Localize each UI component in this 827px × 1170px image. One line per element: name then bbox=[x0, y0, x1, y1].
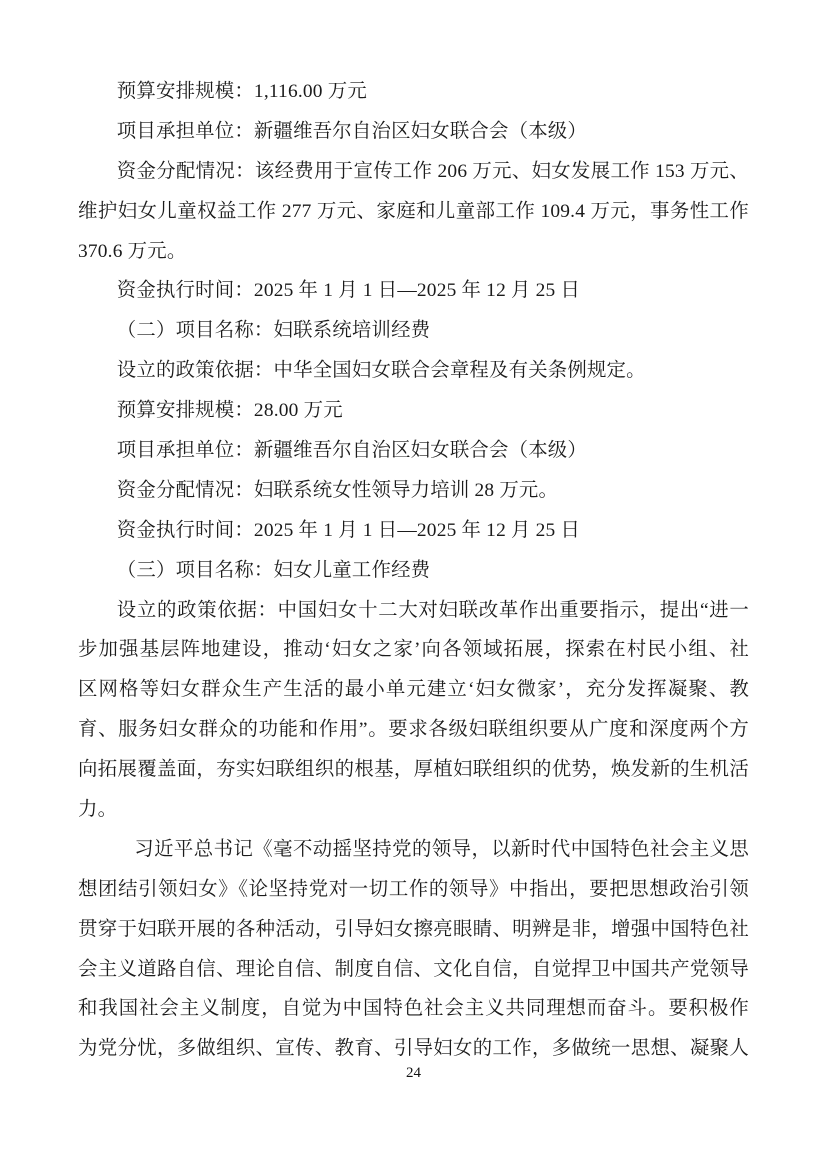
text-line: 贯穿于妇联开展的各种活动，引导妇女擦亮眼睛、明辨是非，增强中国特色社 bbox=[78, 910, 749, 950]
text-line: 习近平总书记《毫不动摇坚持党的领导，以新时代中国特色社会主义思 bbox=[78, 830, 749, 870]
text-line: 会主义道路自信、理论自信、制度自信、文化自信，自觉捍卫中国共产党领导 bbox=[78, 950, 749, 990]
text-line: 资金执行时间：2025 年 1 月 1 日—2025 年 12 月 25 日 bbox=[78, 271, 749, 311]
text-line: 力。 bbox=[78, 790, 749, 830]
text-line: 想团结引领妇女》《论坚持党对一切工作的领导》中指出，要把思想政治引领 bbox=[78, 870, 749, 910]
text-line: 项目承担单位：新疆维吾尔自治区妇女联合会（本级） bbox=[78, 112, 749, 152]
text-line: （二）项目名称：妇联系统培训经费 bbox=[78, 311, 749, 351]
text-line: 向拓展覆盖面，夯实妇联组织的根基，厚植妇联组织的优势，焕发新的生机活 bbox=[78, 750, 749, 790]
text-line: 资金执行时间：2025 年 1 月 1 日—2025 年 12 月 25 日 bbox=[78, 511, 749, 551]
text-line: 步加强基层阵地建设，推动‘妇女之家’向各领域拓展，探索在村民小组、社 bbox=[78, 630, 749, 670]
text-line: 370.6 万元。 bbox=[78, 232, 749, 272]
text-line: 设立的政策依据：中国妇女十二大对妇联改革作出重要指示，提出“进一 bbox=[78, 591, 749, 631]
text-line: 预算安排规模：28.00 万元 bbox=[78, 391, 749, 431]
text-line: 和我国社会主义制度，自觉为中国特色社会主义共同理想而奋斗。要积极作为， bbox=[78, 989, 749, 1029]
page-number: 24 bbox=[0, 1062, 827, 1084]
document-page: 预算安排规模：1,116.00 万元项目承担单位：新疆维吾尔自治区妇女联合会（本… bbox=[0, 0, 827, 1170]
text-line: （三）项目名称：妇女儿童工作经费 bbox=[78, 551, 749, 591]
text-line: 项目承担单位：新疆维吾尔自治区妇女联合会（本级） bbox=[78, 431, 749, 471]
text-line: 资金分配情况：妇联系统女性领导力培训 28 万元。 bbox=[78, 471, 749, 511]
text-line: 区网格等妇女群众生产生活的最小单元建立‘妇女微家’，充分发挥凝聚、教 bbox=[78, 670, 749, 710]
text-line: 设立的政策依据：中华全国妇女联合会章程及有关条例规定。 bbox=[78, 351, 749, 391]
text-line: 资金分配情况：该经费用于宣传工作 206 万元、妇女发展工作 153 万元、 bbox=[78, 152, 749, 192]
text-line: 预算安排规模：1,116.00 万元 bbox=[78, 72, 749, 112]
text-line: 育、服务妇女群众的功能和作用”。要求各级妇联组织要从广度和深度两个方 bbox=[78, 710, 749, 750]
document-body: 预算安排规模：1,116.00 万元项目承担单位：新疆维吾尔自治区妇女联合会（本… bbox=[78, 72, 749, 1069]
text-line: 维护妇女儿童权益工作 277 万元、家庭和儿童部工作 109.4 万元，事务性工… bbox=[78, 192, 749, 232]
